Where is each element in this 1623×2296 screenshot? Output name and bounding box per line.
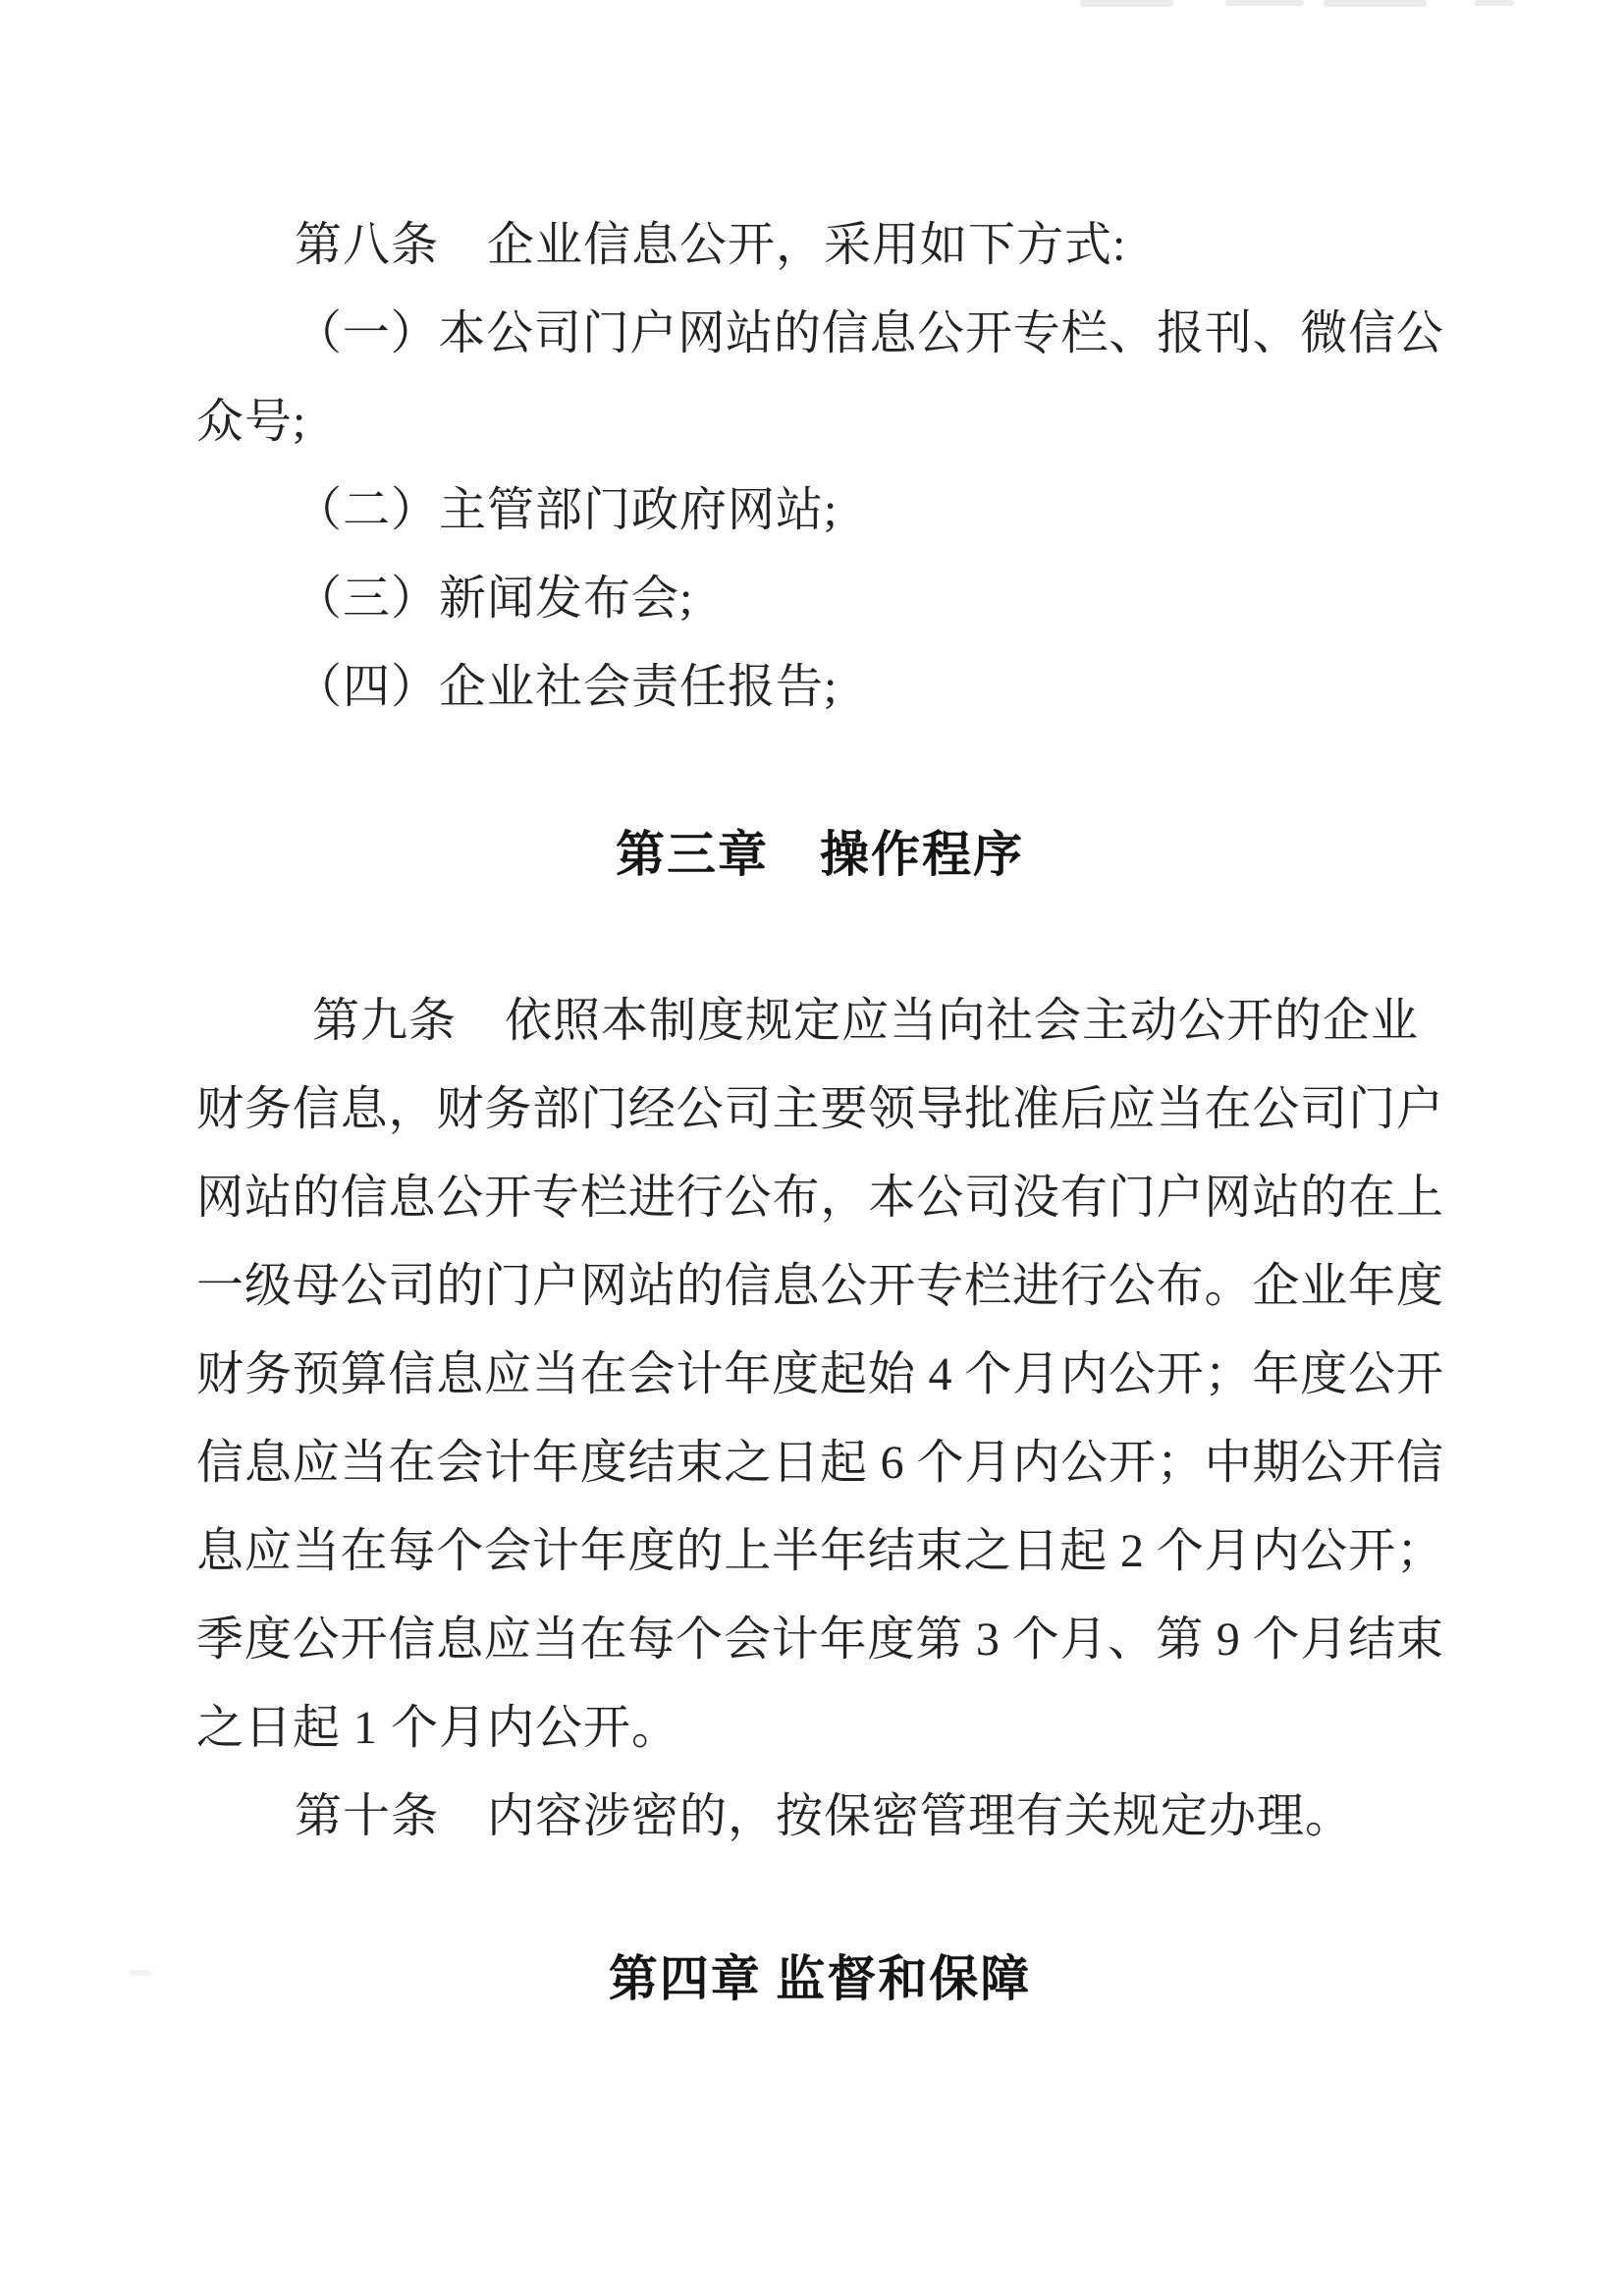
article-9-line-6: 信息应当在会计年度结束之日起 6 个月内公开；中期公开信 (196, 1419, 1443, 1507)
article-9-line-3: 网站的信息公开专栏进行公布，本公司没有门户网站的在上 (196, 1154, 1443, 1242)
scan-artifact (1475, 0, 1514, 6)
article-9-line-7: 息应当在每个会计年度的上半年结束之日起 2 个月内公开； (196, 1507, 1443, 1596)
document-body: 第八条 企业信息公开，采用如下方式: （一）本公司门户网站的信息公开专栏、报刊、… (196, 201, 1443, 2023)
chapter-4-heading: 第四章 监督和保障 (196, 1935, 1443, 2023)
article-10-line: 第十条 内容涉密的，按保密管理有关规定办理。 (196, 1773, 1443, 1861)
document-page: 第八条 企业信息公开，采用如下方式: （一）本公司门户网站的信息公开专栏、报刊、… (0, 0, 1623, 2296)
scan-artifact (130, 1970, 151, 1976)
article-9-line-2: 财务信息，财务部门经公司主要领导批准后应当在公司门户 (196, 1066, 1443, 1154)
list-item-1-line-1: （一）本公司门户网站的信息公开专栏、报刊、微信公 (196, 290, 1443, 378)
list-item-2: （二）主管部门政府网站; (196, 466, 1443, 555)
article-9-line-4: 一级母公司的门户网站的信息公开专栏进行公布。企业年度 (196, 1242, 1443, 1331)
scan-artifact (1324, 0, 1427, 7)
list-item-4: （四）企业社会责任报告; (196, 643, 1443, 732)
article-9-line-8: 季度公开信息应当在每个会计年度第 3 个月、第 9 个月结束 (196, 1596, 1443, 1684)
list-item-3: （三）新闻发布会; (196, 555, 1443, 643)
article-9-line-5: 财务预算信息应当在会计年度起始 4 个月内公开；年度公开 (196, 1331, 1443, 1419)
scan-artifact (1080, 0, 1173, 7)
article-8-intro-line: 第八条 企业信息公开，采用如下方式: (196, 201, 1443, 290)
article-9-line-1: 第九条 依照本制度规定应当向社会主动公开的企业 (196, 977, 1443, 1066)
list-item-1-line-2: 众号; (196, 378, 1443, 466)
article-9-line-9: 之日起 1 个月内公开。 (196, 1684, 1443, 1773)
chapter-3-heading: 第三章 操作程序 (196, 810, 1443, 899)
scan-artifact (1225, 0, 1304, 6)
